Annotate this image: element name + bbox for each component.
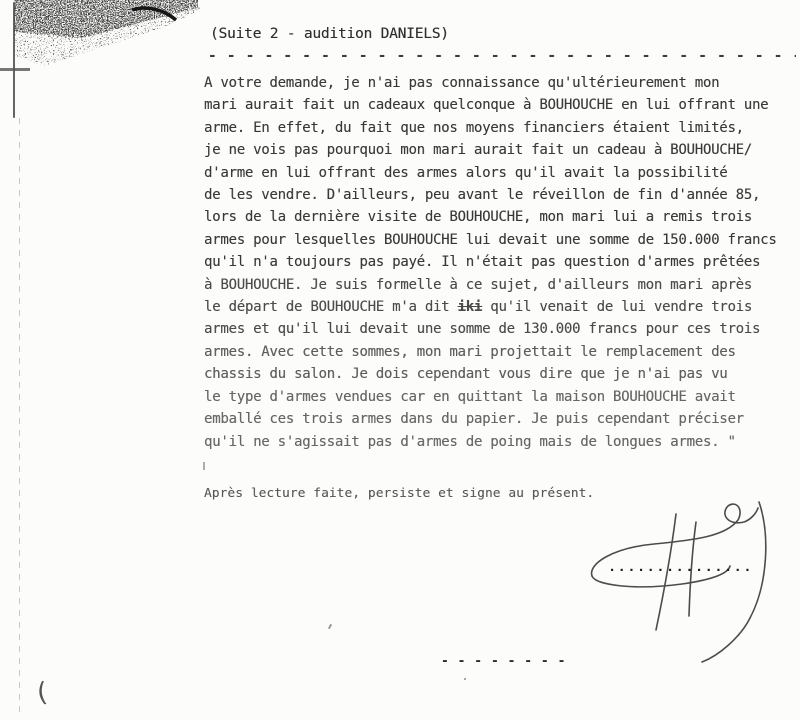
body-line: mari aurait fait un cadeaux quelconque à… [204, 94, 800, 116]
scan-edge-tick [0, 68, 30, 71]
margin-paren-mark: ( [32, 677, 51, 708]
speck-mark [464, 678, 466, 680]
body-line: armes. Avec cette sommes, mon mari proje… [204, 341, 800, 363]
header-dashed-rule: - - - - - - - - - - - - - - - - - - - - … [208, 48, 796, 68]
closing-line: Après lecture faite, persiste et signe a… [204, 486, 594, 501]
footer-dashes: - - - - - - - - [441, 654, 591, 669]
body-line: d'arme en lui offrant des armes alors qu… [204, 162, 800, 184]
scanned-document-page: (Suite 2 - audition DANIELS) - - - - - -… [0, 0, 800, 720]
body-line: armes pour lesquelles BOUHOUCHE lui deva… [204, 229, 800, 251]
body-lines: A votre demande, je n'ai pas connaissanc… [204, 72, 800, 453]
signature-dotted-line: ............... [610, 558, 780, 575]
struck-word: iki [458, 299, 483, 315]
body-line: A votre demande, je n'ai pas connaissanc… [204, 72, 800, 94]
body-line: lors de la dernière visite de BOUHOUCHE,… [204, 206, 800, 228]
body-line: le départ de BOUHOUCHE m'a dit iki qu'il… [204, 296, 800, 318]
scan-noise-artifact [12, 0, 204, 78]
signature-scrawl [578, 492, 800, 667]
body-line: le type d'armes vendues car en quittant … [204, 386, 800, 408]
speck-mark [328, 624, 332, 629]
body-line: à BOUHOUCHE. Je suis formelle à ce sujet… [204, 274, 800, 296]
speck-mark [203, 462, 205, 470]
scan-edge-line [13, 2, 15, 118]
body-line: emballé ces trois armes dans du papier. … [204, 408, 800, 430]
body-line: chassis du salon. Je dois cependant vous… [204, 363, 800, 385]
body-line: je ne vois pas pourquoi mon mari aurait … [204, 139, 800, 161]
body-line: qu'il n'a toujours pas payé. Il n'était … [204, 251, 800, 273]
body-line: qu'il ne s'agissait pas d'armes de poing… [204, 431, 800, 453]
body-line: de les vendre. D'ailleurs, peu avant le … [204, 184, 800, 206]
document-title: (Suite 2 - audition DANIELS) [210, 26, 449, 42]
body-line: armes et qu'il lui devait une somme de 1… [204, 318, 800, 340]
scan-edge-line-faint [19, 118, 20, 716]
body-line: arme. En effet, du fait que nos moyens f… [204, 117, 800, 139]
